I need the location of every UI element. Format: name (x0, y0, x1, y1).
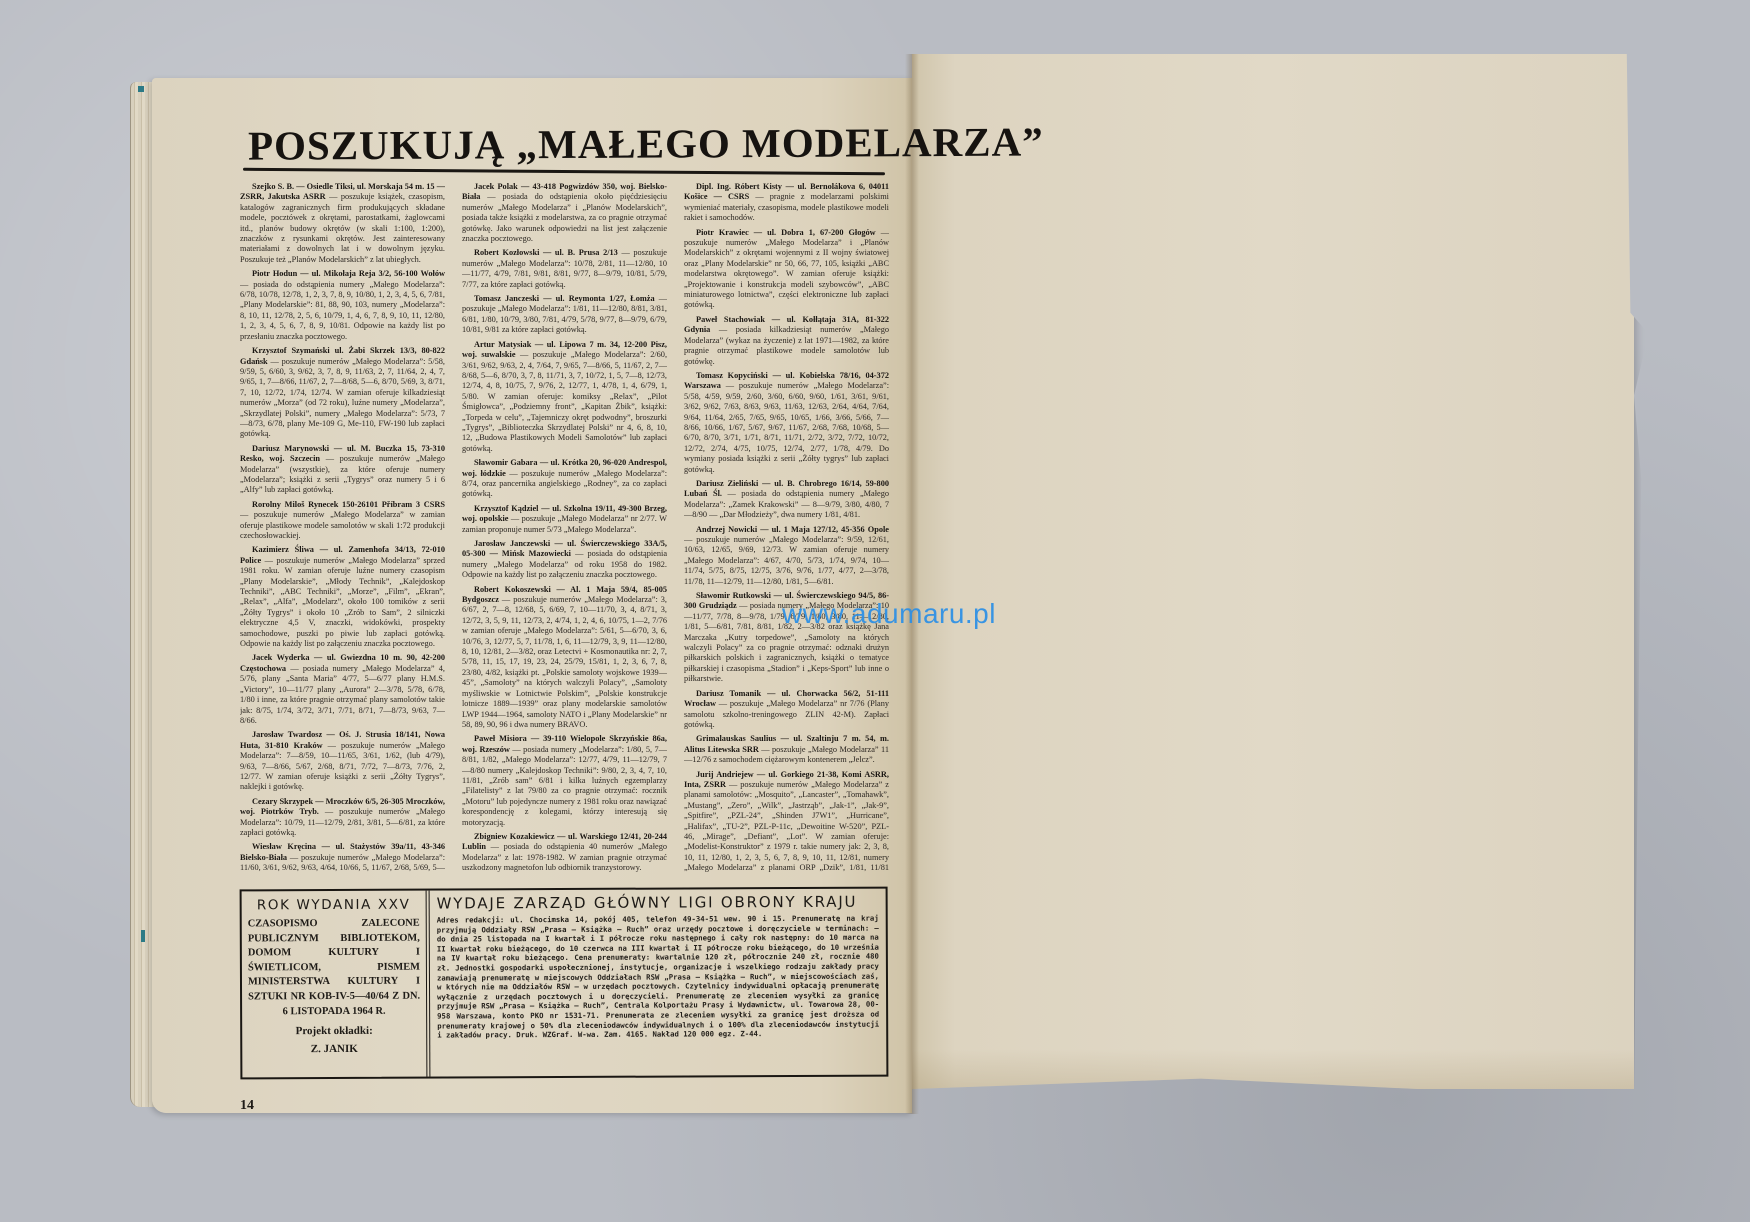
entry-name: Krzysztof Kądziel (474, 504, 538, 513)
entry-text: — posiada do odstąpienia 40 numerów „Mał… (462, 842, 667, 872)
entry-name: Wiesław Kręcina (252, 842, 316, 851)
entry-name: Paweł Stachowiak (696, 315, 765, 324)
classified-entry: Paweł Misiora — 39-110 Wielopole Skrzyńs… (462, 734, 667, 828)
entry-name: Tomasz Kopyciński (696, 371, 768, 380)
entry-name: Rorolny Miloš Rynecek 150-26101 Příbram … (252, 500, 445, 509)
entry-text: — poszukuje książek, czasopism, katalogó… (240, 192, 445, 263)
entry-text: — poszukuje numerów „Małego Modelarza” z… (684, 780, 889, 872)
entry-name: Dariusz Marynowski (252, 444, 329, 453)
classified-entry: Cezary Skrzypek — Mroczków 6/5, 26-305 M… (240, 797, 445, 839)
classified-entry: Jacek Polak — 43-418 Pogwizdów 350, woj.… (462, 182, 667, 244)
entry-text: — posiada do odstąpienia około pięćdzies… (462, 192, 667, 243)
entry-name: Sławomir Gabara (474, 458, 538, 467)
entry-name: Szejko S. B. (252, 182, 294, 191)
classified-entry: Grimalauskas Saulius — ul. Szaltinju 7 m… (684, 734, 889, 765)
page-number: 14 (240, 1098, 254, 1114)
cover-author: Z. JANIK (248, 1043, 420, 1056)
classifieds-columns: Szejko S. B. — Osiedle Tiksi, ul. Morska… (240, 182, 890, 872)
imprint-text: Adres redakcji: ul. Chocimska 14, pokój … (437, 914, 880, 1041)
entry-name: Kazimierz Śliwa (252, 545, 314, 554)
publisher-info: WYDAJE ZARZĄD GŁÓWNY LIGI OBRONY KRAJU A… (430, 889, 887, 1077)
classified-entry: Wiesław Kręcina — ul. Stażystów 39a/11, … (240, 842, 445, 872)
entry-name: Jurij Andriejew (696, 770, 754, 779)
entry-name: Dariusz Tomanik (696, 689, 761, 698)
classified-entry: Robert Kokoszewski — Al. 1 Maja 59/4, 85… (462, 585, 667, 731)
page-title: POSZUKUJĄ „MAŁEGO MODELARZA” (248, 118, 888, 169)
entry-name: Jarosław Twardosz (252, 730, 322, 739)
entry-name: Tomasz Janczeski (474, 294, 539, 303)
entry-text: — poszukuje „Małego Modelarza”: 2/60, 3/… (462, 350, 667, 453)
classified-entry: Krzysztof Kądziel — ul. Szkolna 19/11, 4… (462, 504, 667, 535)
entry-text: — poszukuje numerów „Małego Modelarza”: … (462, 595, 667, 729)
classified-entry: Paweł Stachowiak — ul. Kołłątaja 31A, 81… (684, 315, 889, 367)
entry-name: Andrzej Nowicki (696, 525, 757, 534)
entry-name: Grimalauskas Saulius (696, 734, 776, 743)
entry-name: Paweł Misiora (474, 734, 527, 743)
teal-mark (141, 930, 145, 942)
classified-entry: Krzysztof Szymański ul. Żabi Skrzek 13/3… (240, 346, 445, 440)
classified-entry: Dariusz Tomanik — ul. Chorwacka 56/2, 51… (684, 689, 889, 731)
edition-info: ROK WYDANIA XXV CZASOPISMO ZALECONE PUBL… (242, 891, 431, 1078)
entry-address: — ul. B. Prusa 2/13 (543, 248, 618, 257)
entry-name: Piotr Hodun (252, 269, 297, 278)
entry-name: Jacek Polak (474, 182, 518, 191)
column-3: Dipl. Ing. Róbert Kisty — ul. Bernolákov… (684, 182, 889, 872)
entry-text: — poszukuje numerów „Małego Modelarza” w… (240, 510, 445, 540)
classified-entry: Rorolny Miloš Rynecek 150-26101 Příbram … (240, 500, 445, 542)
classified-entry: Tomasz Kopyciński — ul. Kobielska 78/16,… (684, 371, 889, 475)
classified-entry: Jurij Andriejew — ul. Gorkiego 21-38, Ko… (684, 770, 889, 872)
entry-name: Cezary Skrzypek (252, 797, 313, 806)
entry-address: — ul. 1 Maja 127/12, 45-356 Opole (760, 525, 889, 534)
entry-text: — poszukuje numerów „Małego Modelarza” i… (684, 228, 889, 310)
teal-mark (138, 86, 144, 92)
entry-name: Artur Matysiak (474, 340, 531, 349)
column-2: Jacek Polak — 43-418 Pogwizdów 350, woj.… (462, 182, 667, 872)
publisher-heading: WYDAJE ZARZĄD GŁÓWNY LIGI OBRONY KRAJU (437, 893, 879, 913)
classified-entry: Kazimierz Śliwa — ul. Zamenhofa 34/13, 7… (240, 545, 445, 649)
classified-entry: Piotr Krawiec — ul. Dobra 1, 67-200 Głog… (684, 228, 889, 311)
entry-text: — poszukuje numerów „Małego Modelarza”: … (240, 357, 445, 439)
entry-address: — ul. Dobra 1, 67-200 Głogów (754, 228, 876, 237)
classified-entry: Sławomir Gabara — ul. Krótka 20, 96-020 … (462, 458, 667, 500)
watermark: www.adumaru.pl (782, 598, 996, 630)
classified-entry: Jacek Wyderka — ul. Gwiezdna 10 m. 90, 4… (240, 653, 445, 726)
entry-name: Robert Kokoszewski (474, 585, 551, 594)
classified-entry: Robert Kozłowski — ul. B. Prusa 2/13 — p… (462, 248, 667, 290)
classified-entry: Tomasz Janczeski — ul. Reymonta 1/27, Ło… (462, 294, 667, 336)
entry-text: — posiada numery „Małego Modelarza” 4, 5… (240, 664, 445, 725)
entry-name: Robert Kozłowski (474, 248, 539, 257)
entry-name: Dariusz Zieliński (696, 479, 758, 488)
column-1: Szejko S. B. — Osiedle Tiksi, ul. Morska… (240, 182, 445, 872)
classified-entry: Piotr Hodun — ul. Mikołaja Reja 3/2, 56-… (240, 269, 445, 342)
masthead-box: ROK WYDANIA XXV CZASOPISMO ZALECONE PUBL… (240, 887, 889, 1080)
classified-entry: Andrzej Nowicki — ul. 1 Maja 127/12, 45-… (684, 525, 889, 587)
entry-name: Dipl. Ing. Róbert Kisty (696, 182, 782, 191)
entry-name: Krzysztof Szymański (252, 346, 330, 355)
binding-gutter (905, 54, 919, 1114)
entry-text: — posiada kilkadziesiąt numerów „Małego … (684, 325, 889, 365)
classified-entry: Dipl. Ing. Róbert Kisty — ul. Bernolákov… (684, 182, 889, 224)
classified-entry: Dariusz Marynowski — ul. M. Buczka 15, 7… (240, 444, 445, 496)
entry-text: — posiada do odstąpienia numery „Małego … (240, 280, 445, 341)
entry-name: Jarosław Janczewski (474, 539, 550, 548)
entry-text: — poszukuje numerów „Małego Modelarza” s… (240, 556, 445, 648)
classified-entry: Artur Matysiak — ul. Lipowa 7 m. 34, 12-… (462, 340, 667, 454)
classified-entry: Zbigniew Kozakiewicz — ul. Warskiego 12/… (462, 832, 667, 872)
entry-name: Jacek Wyderka (252, 653, 310, 662)
right-page-blank (912, 54, 1634, 1089)
classified-entry: Jarosław Janczewski — ul. Świerczewskieg… (462, 539, 667, 581)
classified-entry: Dariusz Zieliński — ul. B. Chrobrego 16/… (684, 479, 889, 521)
year-label: ROK WYDANIA XXV (248, 897, 420, 914)
classified-entry: Szejko S. B. — Osiedle Tiksi, ul. Morska… (240, 182, 445, 265)
entry-text: — poszukuje numerów „Małego Modelarza”: … (684, 381, 889, 473)
entry-name: Zbigniew Kozakiewicz (474, 832, 555, 841)
classified-entry: Jarosław Twardosz — Oś. J. Strusia 18/14… (240, 730, 445, 792)
entry-text: — poszukuje numerów „Małego Modelarza”: … (684, 535, 889, 586)
entry-name: Sławomir Rutkowski (696, 591, 771, 600)
entry-address: — ul. Reymonta 1/27, Łomża (543, 294, 654, 303)
magazine-spread: POSZUKUJĄ „MAŁEGO MODELARZA” Szejko S. B… (0, 0, 1750, 1222)
entry-name: Piotr Krawiec (696, 228, 749, 237)
recommendation-text: CZASOPISMO ZALECONE PUBLICZNYM BIBLIOTEK… (248, 917, 420, 1020)
cover-label: Projekt okładki: (248, 1025, 420, 1038)
entry-address: — ul. Mikołaja Reja 3/2, 56-100 Wołów (300, 269, 445, 278)
entry-text: — posiada numery „Modelarza”: 1/80, 5, 7… (462, 745, 667, 827)
